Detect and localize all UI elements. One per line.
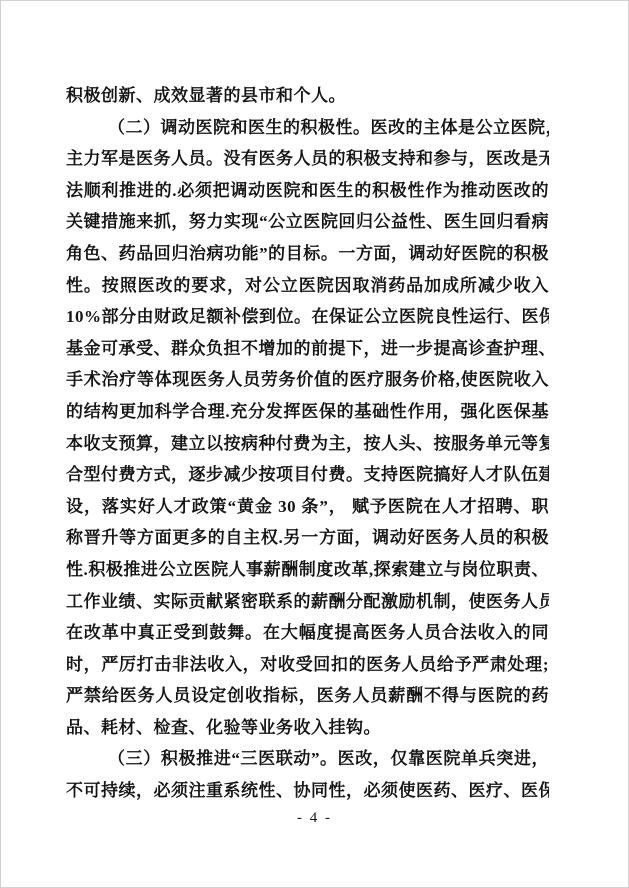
text-line: 法顺利推进的.必须把调动医院和医生的积极性作为推动医改的 <box>66 175 549 207</box>
page-number: - 4 - <box>1 807 628 829</box>
text-line: 角色、药品回归治病功能”的目标。一方面，调动好医院的积极 <box>66 238 549 270</box>
text-line: 合型付费方式，逐步减少按项目付费。支持医院搞好人才队伍建 <box>66 459 549 491</box>
text-line: 工作业绩、实际贡献紧密联系的薪酬分配激励机制，使医务人员 <box>66 586 549 618</box>
text-line: （二）调动医院和医生的积极性。医改的主体是公立医院， <box>66 112 549 144</box>
text-line: 不可持续，必须注重系统性、协同性，必须使医药、医疗、医保 <box>66 775 549 807</box>
text-line: 称晋升等方面更多的自主权.另一方面，调动好医务人员的积极 <box>66 522 549 554</box>
text-line: 的结构更加科学合理.充分发挥医保的基础性作用，强化医保基 <box>66 396 549 428</box>
text-line: 关键措施来抓，努力实现“公立医院回归公益性、医生回归看病 <box>66 206 549 238</box>
text-line: 基金可承受、群众负担不增加的前提下，进一步提高诊查护理、 <box>66 333 549 365</box>
text-line: 在改革中真正受到鼓舞。在大幅度提高医务人员合法收入的同 <box>66 617 549 649</box>
document-body: 积极创新、成效显著的县市和个人。 （二）调动医院和医生的积极性。医改的主体是公立… <box>66 80 549 807</box>
text-line: 积极创新、成效显著的县市和个人。 <box>66 80 549 112</box>
document-page: 积极创新、成效显著的县市和个人。 （二）调动医院和医生的积极性。医改的主体是公立… <box>0 0 629 888</box>
text-line: 10%部分由财政足额补偿到位。在保证公立医院良性运行、医保 <box>66 301 549 333</box>
text-line: 性。按照医改的要求，对公立医院因取消药品加成所减少收入 <box>66 270 549 302</box>
text-line: 严禁给医务人员设定创收指标，医务人员薪酬不得与医院的药 <box>66 680 549 712</box>
text-line: 品、耗材、检查、化验等业务收入挂钩。 <box>66 712 549 744</box>
text-line: 主力军是医务人员。没有医务人员的积极支持和参与，医改是无 <box>66 143 549 175</box>
text-line: 本收支预算，建立以按病种付费为主，按人头、按服务单元等复 <box>66 428 549 460</box>
text-line: 性.积极推进公立医院人事薪酬制度改革,探索建立与岗位职责、 <box>66 554 549 586</box>
text-line: 时，严厉打击非法收入，对收受回扣的医务人员给予严肃处理; <box>66 649 549 681</box>
text-line: （三）积极推进“三医联动”。医改，仅靠医院单兵突进， <box>66 743 549 775</box>
text-line: 设，落实好人才政策“黄金 30 条”， 赋予医院在人才招聘、职 <box>66 491 549 523</box>
text-line: 手术治疗等体现医务人员劳务价值的医疗服务价格,使医院收入 <box>66 364 549 396</box>
